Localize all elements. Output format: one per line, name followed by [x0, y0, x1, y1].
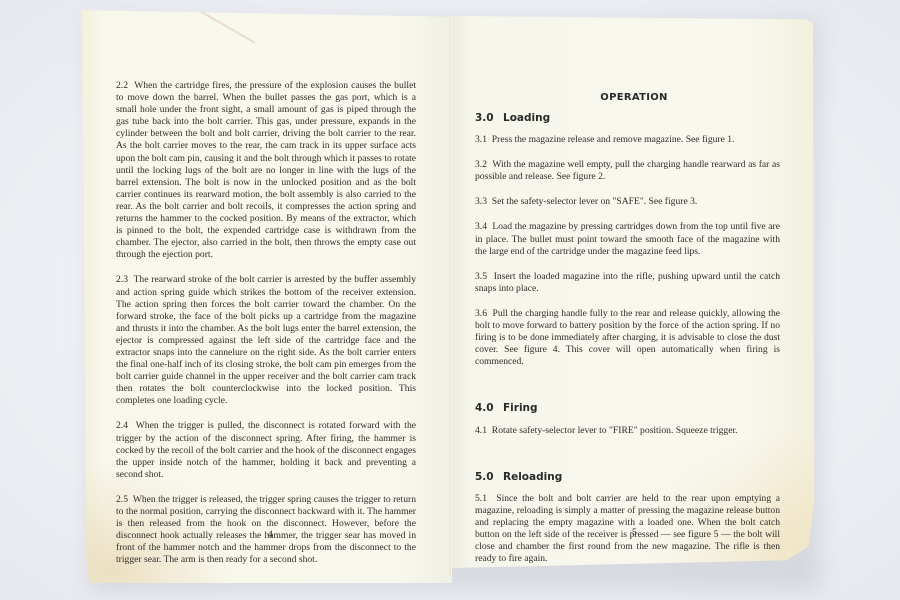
left-page: 2.2 When the cartridge fires, the pressu…: [82, 10, 452, 583]
section-heading-loading: 3.0Loading: [475, 112, 780, 124]
section-heading-firing: 4.0Firing: [475, 402, 780, 414]
paragraph-3-6: 3.6 Pull the charging handle fully to th…: [475, 308, 780, 368]
paragraph-2-5: 2.5 When the trigger is released, the tr…: [116, 494, 416, 567]
page-number: 4: [268, 530, 273, 540]
paragraph-3-2: 3.2 With the magazine well empty, pull t…: [475, 159, 780, 183]
page-title: OPERATION: [452, 92, 816, 103]
paragraph-3-1: 3.1 Press the magazine release and remov…: [475, 134, 780, 146]
paragraph-2-4: 2.4 When the trigger is pulled, the disc…: [116, 420, 416, 480]
paragraph-3-3: 3.3 Set the safety-selector lever on "SA…: [475, 196, 780, 208]
paragraph-3-5: 3.5 Insert the loaded magazine into the …: [475, 271, 780, 295]
paragraph-4-1: 4.1 Rotate safety-selector lever to "FIR…: [475, 425, 780, 437]
right-page: OPERATION 3.0Loading 3.1 Press the magaz…: [452, 16, 816, 568]
left-page-body: 2.2 When the cartridge fires, the pressu…: [116, 80, 416, 579]
right-page-body: 3.0Loading 3.1 Press the magazine releas…: [475, 112, 780, 568]
page-number: 5: [632, 528, 637, 538]
paragraph-3-4: 3.4 Load the magazine by pressing cartri…: [475, 221, 780, 257]
paragraph-2-3: 2.3 The rearward stroke of the bolt carr…: [116, 274, 416, 407]
paragraph-5-1: 5.1 Since the bolt and bolt carrier are …: [475, 493, 780, 566]
section-heading-reloading: 5.0Reloading: [475, 471, 780, 483]
paragraph-2-2: 2.2 When the cartridge fires, the pressu…: [116, 80, 416, 261]
